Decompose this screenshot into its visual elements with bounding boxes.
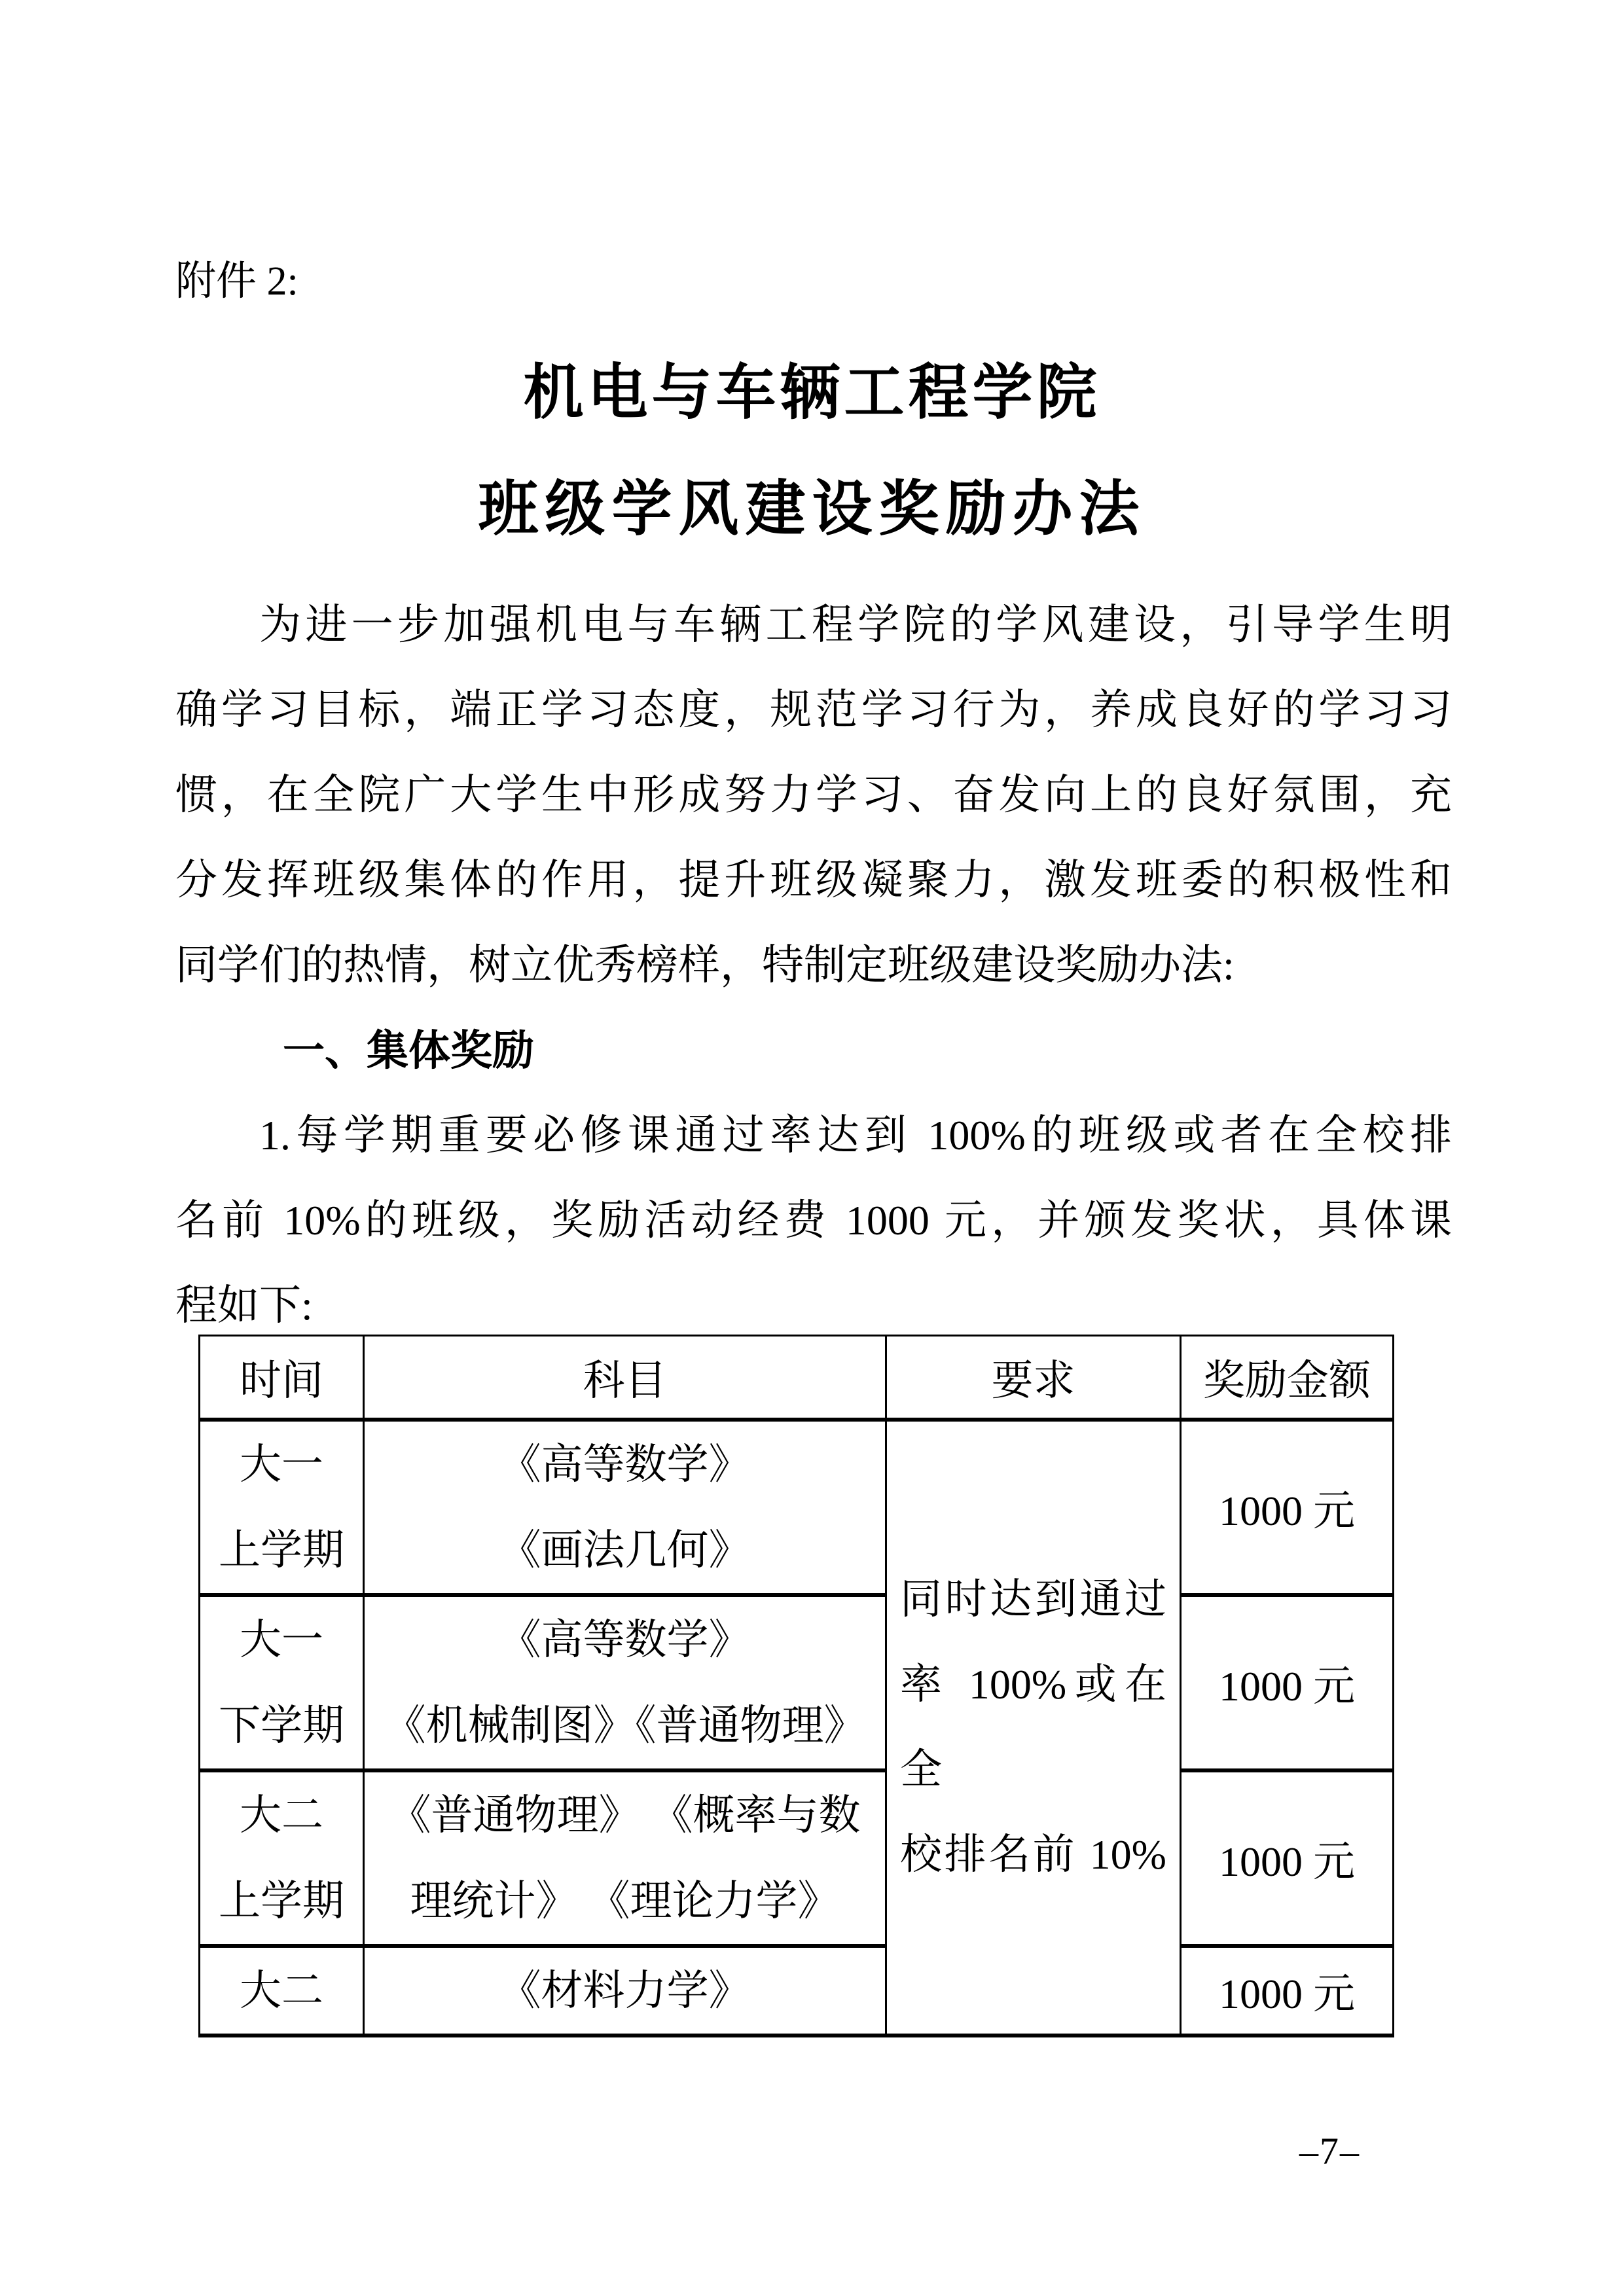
requirement-line: 同时达到通过 — [900, 1557, 1166, 1642]
requirement-line: 校排名前 10% — [900, 1812, 1166, 1897]
table-row: 大一上学期《高等数学》《画法几何》同时达到通过率 100%或在全校排名前 10%… — [200, 1420, 1394, 1595]
table-row: 大二《材料力学》1000 元 — [200, 1946, 1394, 2036]
table-header-cell: 科目 — [364, 1336, 886, 1420]
subject-cell: 《普通物理》 《概率与数理统计》 《理论力学》 — [364, 1770, 886, 1946]
table-header-cell: 要求 — [886, 1336, 1181, 1420]
table-row: 大一下学期《高等数学》《机械制图》《普通物理》1000 元 — [200, 1595, 1394, 1770]
section-heading-text: 一、集体奖励 — [283, 1027, 534, 1074]
item-line: 名前 10%的班级，奖励活动经费 1000 元，并颁发奖状，具体课 — [175, 1178, 1452, 1263]
amount-cell: 1000 元 — [1181, 1946, 1394, 2036]
attachment-label: 附件 2: — [175, 255, 298, 308]
document-title-line2: 班级学风建设奖励办法 — [0, 473, 1624, 545]
requirement-lines: 同时达到通过率 100%或在全校排名前 10% — [887, 1557, 1180, 1897]
table-row: 大二上学期《普通物理》 《概率与数理统计》 《理论力学》1000 元 — [200, 1770, 1394, 1946]
subject-line: 《机械制图》《普通物理》 — [365, 1683, 885, 1768]
intro-line: 同学们的热情，树立优秀榜样，特制定班级建设奖励办法: — [175, 923, 1452, 1008]
amount-cell: 1000 元 — [1181, 1420, 1394, 1595]
amount-cell: 1000 元 — [1181, 1595, 1394, 1770]
item-line: 1.每学期重要必修课通过率达到 100%的班级或者在全校排 — [175, 1093, 1452, 1178]
intro-line: 分发挥班级集体的作用，提升班级凝聚力，激发班委的积极性和 — [175, 838, 1452, 923]
subject-line: 《材料力学》 — [365, 1948, 885, 2034]
amount-cell: 1000 元 — [1181, 1770, 1394, 1946]
table-body: 大一上学期《高等数学》《画法几何》同时达到通过率 100%或在全校排名前 10%… — [200, 1420, 1394, 2036]
subject-cell: 《材料力学》 — [364, 1946, 886, 2036]
page-number: –7– — [1299, 2128, 1360, 2174]
table-header-row: 时间科目要求奖励金额 — [200, 1336, 1394, 1420]
time-line: 大二 — [200, 1772, 363, 1858]
subject-line: 《画法几何》 — [365, 1507, 885, 1593]
table-header-cell: 奖励金额 — [1181, 1336, 1394, 1420]
time-cell: 大二上学期 — [200, 1770, 364, 1946]
subject-line: 《高等数学》 — [365, 1422, 885, 1507]
subject-line: 《高等数学》 — [365, 1597, 885, 1683]
item-paragraph: 1.每学期重要必修课通过率达到 100%的班级或者在全校排名前 10%的班级，奖… — [175, 1093, 1452, 1348]
intro-paragraph: 为进一步加强机电与车辆工程学院的学风建设，引导学生明确学习目标，端正学习态度，规… — [175, 583, 1452, 1008]
table-header-cell: 时间 — [200, 1336, 364, 1420]
time-line: 大一 — [200, 1597, 363, 1683]
document-body: 为进一步加强机电与车辆工程学院的学风建设，引导学生明确学习目标，端正学习态度，规… — [175, 583, 1452, 1348]
time-line: 大二 — [200, 1948, 363, 2034]
subject-cell: 《高等数学》《机械制图》《普通物理》 — [364, 1595, 886, 1770]
intro-line: 确学习目标，端正学习态度，规范学习行为，养成良好的学习习 — [175, 668, 1452, 753]
time-cell: 大一下学期 — [200, 1595, 364, 1770]
courses-table: 时间科目要求奖励金额 大一上学期《高等数学》《画法几何》同时达到通过率 100%… — [198, 1335, 1394, 2037]
time-line: 上学期 — [200, 1507, 363, 1593]
time-line: 大一 — [200, 1422, 363, 1507]
requirement-cell: 同时达到通过率 100%或在全校排名前 10% — [886, 1420, 1181, 2036]
intro-line: 惯，在全院广大学生中形成努力学习、奋发向上的良好氛围，充 — [175, 753, 1452, 838]
time-cell: 大二 — [200, 1946, 364, 2036]
subject-line: 理统计》 《理论力学》 — [365, 1858, 885, 1944]
subject-cell: 《高等数学》《画法几何》 — [364, 1420, 886, 1595]
time-cell: 大一上学期 — [200, 1420, 364, 1595]
subject-line: 《普通物理》 《概率与数 — [365, 1772, 885, 1858]
document-page: { "page": { "attachment_label": "附件 2:",… — [0, 0, 1624, 2296]
section-heading: 一、集体奖励 — [175, 1008, 1452, 1093]
intro-line: 为进一步加强机电与车辆工程学院的学风建设，引导学生明 — [175, 583, 1452, 668]
document-title-line1: 机电与车辆工程学院 — [0, 357, 1624, 429]
time-line: 下学期 — [200, 1683, 363, 1768]
time-line: 上学期 — [200, 1858, 363, 1944]
requirement-line: 率 100%或在全 — [900, 1642, 1166, 1812]
